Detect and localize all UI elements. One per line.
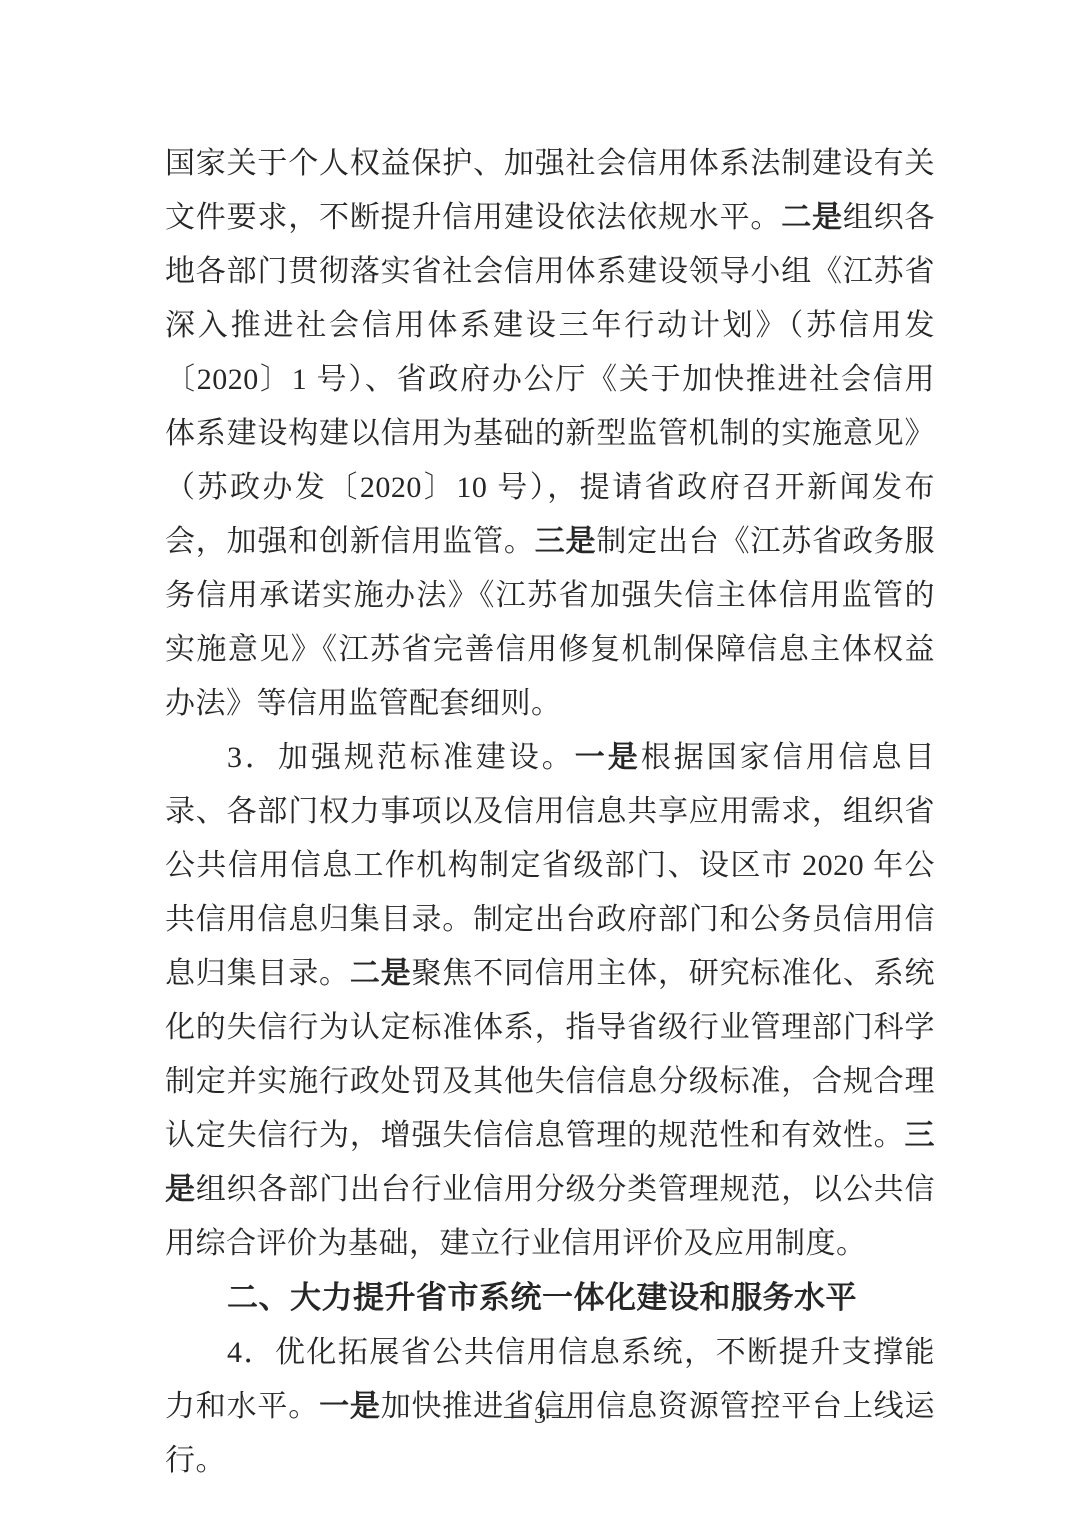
section-heading-2: 二、大力提升省市系统一体化建设和服务水平 (165, 1271, 935, 1326)
paragraph-item3: 3．加强规范标准建设。一是根据国家信用信息目录、各部门权力事项以及信用信息共享应… (165, 731, 935, 1271)
text-segment-bold: 三是 (535, 525, 597, 558)
text-segment-kai: 3．加强规范标准建设。 (227, 741, 575, 774)
text-segment-normal: 组织各地各部门贯彻落实省社会信用体系建设领导小组《江苏省深入推进社会信用体系建设… (165, 201, 935, 558)
text-segment-bold: 二是 (781, 201, 843, 234)
page-number: — 3 — (504, 1403, 576, 1429)
page-footer: — 3 — (0, 1398, 1080, 1434)
text-segment-heading: 二、大力提升省市系统一体化建设和服务水平 (227, 1280, 857, 1315)
document-body: 国家关于个人权益保护、加强社会信用体系法制建设有关文件要求，不断提升信用建设依法… (165, 137, 935, 1488)
text-segment-bold: 二是 (350, 957, 412, 990)
text-segment-normal: 根据国家信用信息目录、各部门权力事项以及信用信息共享应用需求，组织省公共信用信息… (165, 741, 935, 990)
paragraph-continuation-item2: 国家关于个人权益保护、加强社会信用体系法制建设有关文件要求，不断提升信用建设依法… (165, 137, 935, 731)
text-segment-normal: 组织各部门出台行业信用分级分类管理规范，以公共信用综合评价为基础，建立行业信用评… (165, 1173, 935, 1260)
document-page: 国家关于个人权益保护、加强社会信用体系法制建设有关文件要求，不断提升信用建设依法… (0, 0, 1080, 1527)
text-segment-bold: 一是 (575, 741, 641, 774)
